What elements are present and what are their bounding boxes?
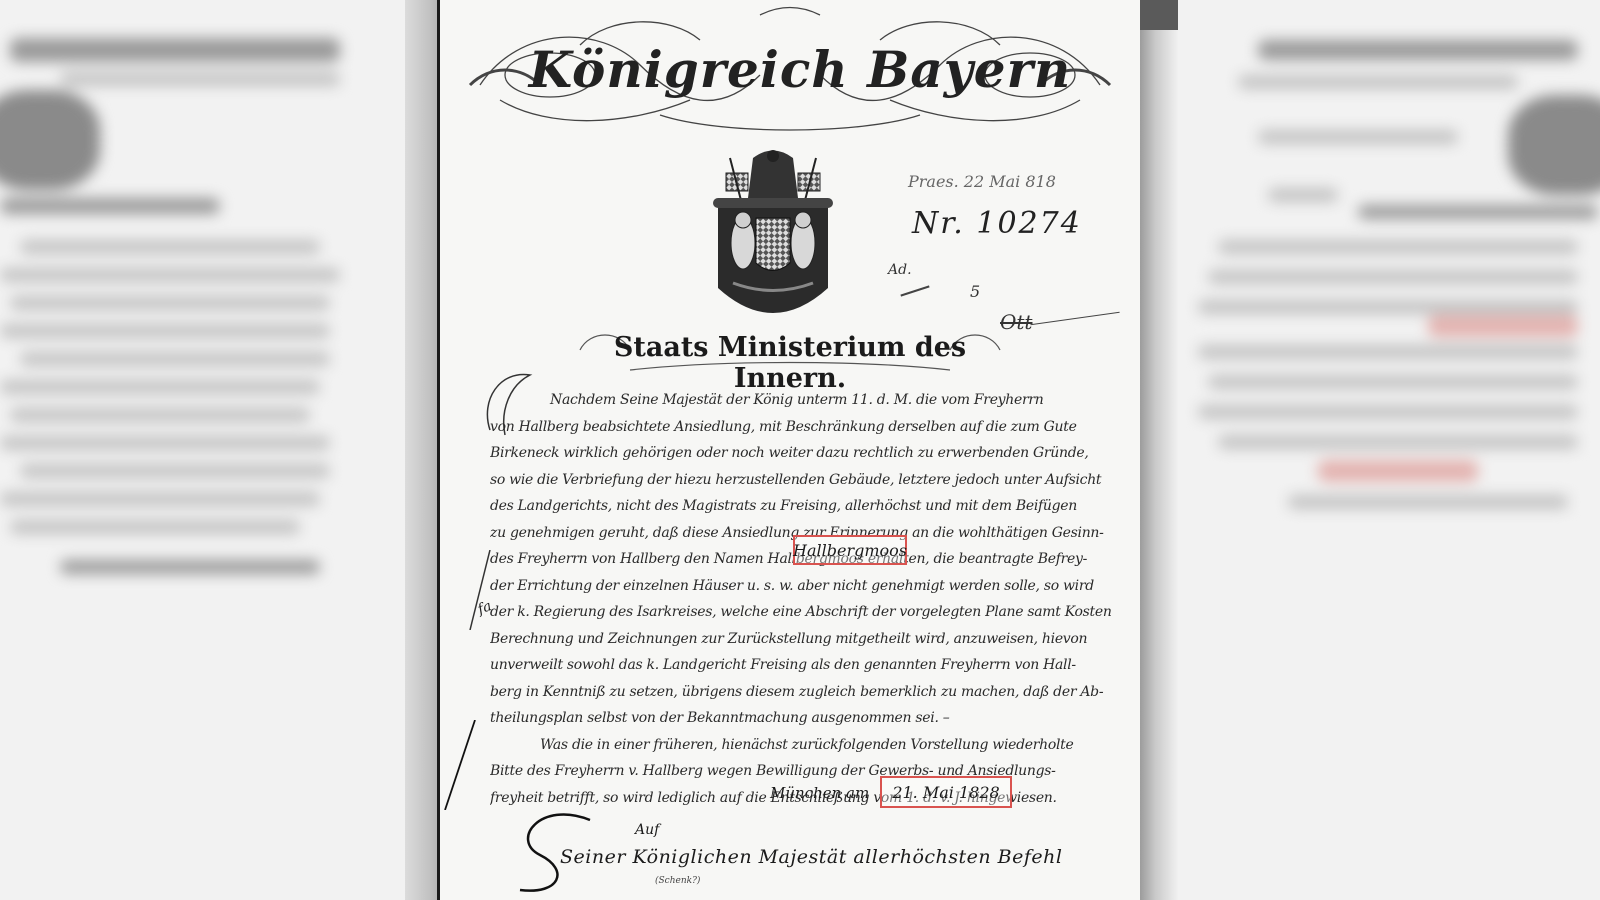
- highlight-date: 21. Mai 1828: [880, 776, 1012, 808]
- body-line: berg in Kenntniß zu setzen, übrigens die…: [490, 684, 1130, 711]
- body-line: Birkeneck wirklich gehörigen oder noch w…: [490, 445, 1130, 472]
- page-left-edge: [405, 0, 440, 900]
- document-page: Königreich Bayern Praes. 22 Mai 818 Nr. …: [440, 0, 1140, 900]
- body-line: von Hallberg beabsichtete Ansiedlung, mi…: [490, 419, 1130, 446]
- registry-dash: [900, 285, 929, 296]
- body-line: der k. Regierung des Isarkreises, welche…: [490, 604, 1130, 631]
- body-line: Nachdem Seine Majestät der König unterm …: [490, 392, 1130, 419]
- body-line: Berechnung und Zeichnungen zur Zurückste…: [490, 631, 1130, 658]
- registry-number: Nr. 10274: [912, 206, 1082, 241]
- highlight-place-name: Hallbergmoos: [793, 535, 907, 565]
- bavarian-coat-of-arms-icon: [698, 148, 848, 333]
- registry-line: [1030, 312, 1119, 326]
- body-line: so wie die Verbriefung der hiezu herzust…: [490, 472, 1130, 499]
- blurred-right-copy: [1178, 0, 1600, 900]
- document-header-title: Königreich Bayern: [520, 40, 1080, 99]
- body-line: Was die in einer früheren, hienächst zur…: [490, 737, 1130, 764]
- body-line: unverweilt sowohl das k. Landgericht Fre…: [490, 657, 1130, 684]
- signature-small: (Schenk?): [655, 876, 700, 886]
- body-line: des Landgerichts, nicht des Magistrats z…: [490, 498, 1130, 525]
- registry-ad-note: Ad.: [888, 262, 912, 278]
- registry-received-note: Praes. 22 Mai 818: [908, 172, 1056, 191]
- registry-count: 5: [970, 282, 980, 301]
- page-right-edge: [1140, 30, 1178, 900]
- ministry-title: Staats Ministerium des Innern.: [590, 332, 990, 394]
- margin-stroke-icon: [460, 550, 500, 630]
- blurred-left-copy: [0, 0, 405, 900]
- signoff-above: Auf: [635, 822, 659, 838]
- document-body: Nachdem Seine Majestät der König unterm …: [490, 392, 1130, 816]
- place-prefix: München am: [770, 784, 869, 802]
- body-line: der Errichtung der einzelnen Häuser u. s…: [490, 578, 1130, 605]
- body-line: theilungsplan selbst von der Bekanntmach…: [490, 710, 1130, 737]
- signoff-line: Seiner Königlichen Majestät allerhöchste…: [560, 846, 1062, 868]
- margin-stroke-icon: [440, 720, 480, 810]
